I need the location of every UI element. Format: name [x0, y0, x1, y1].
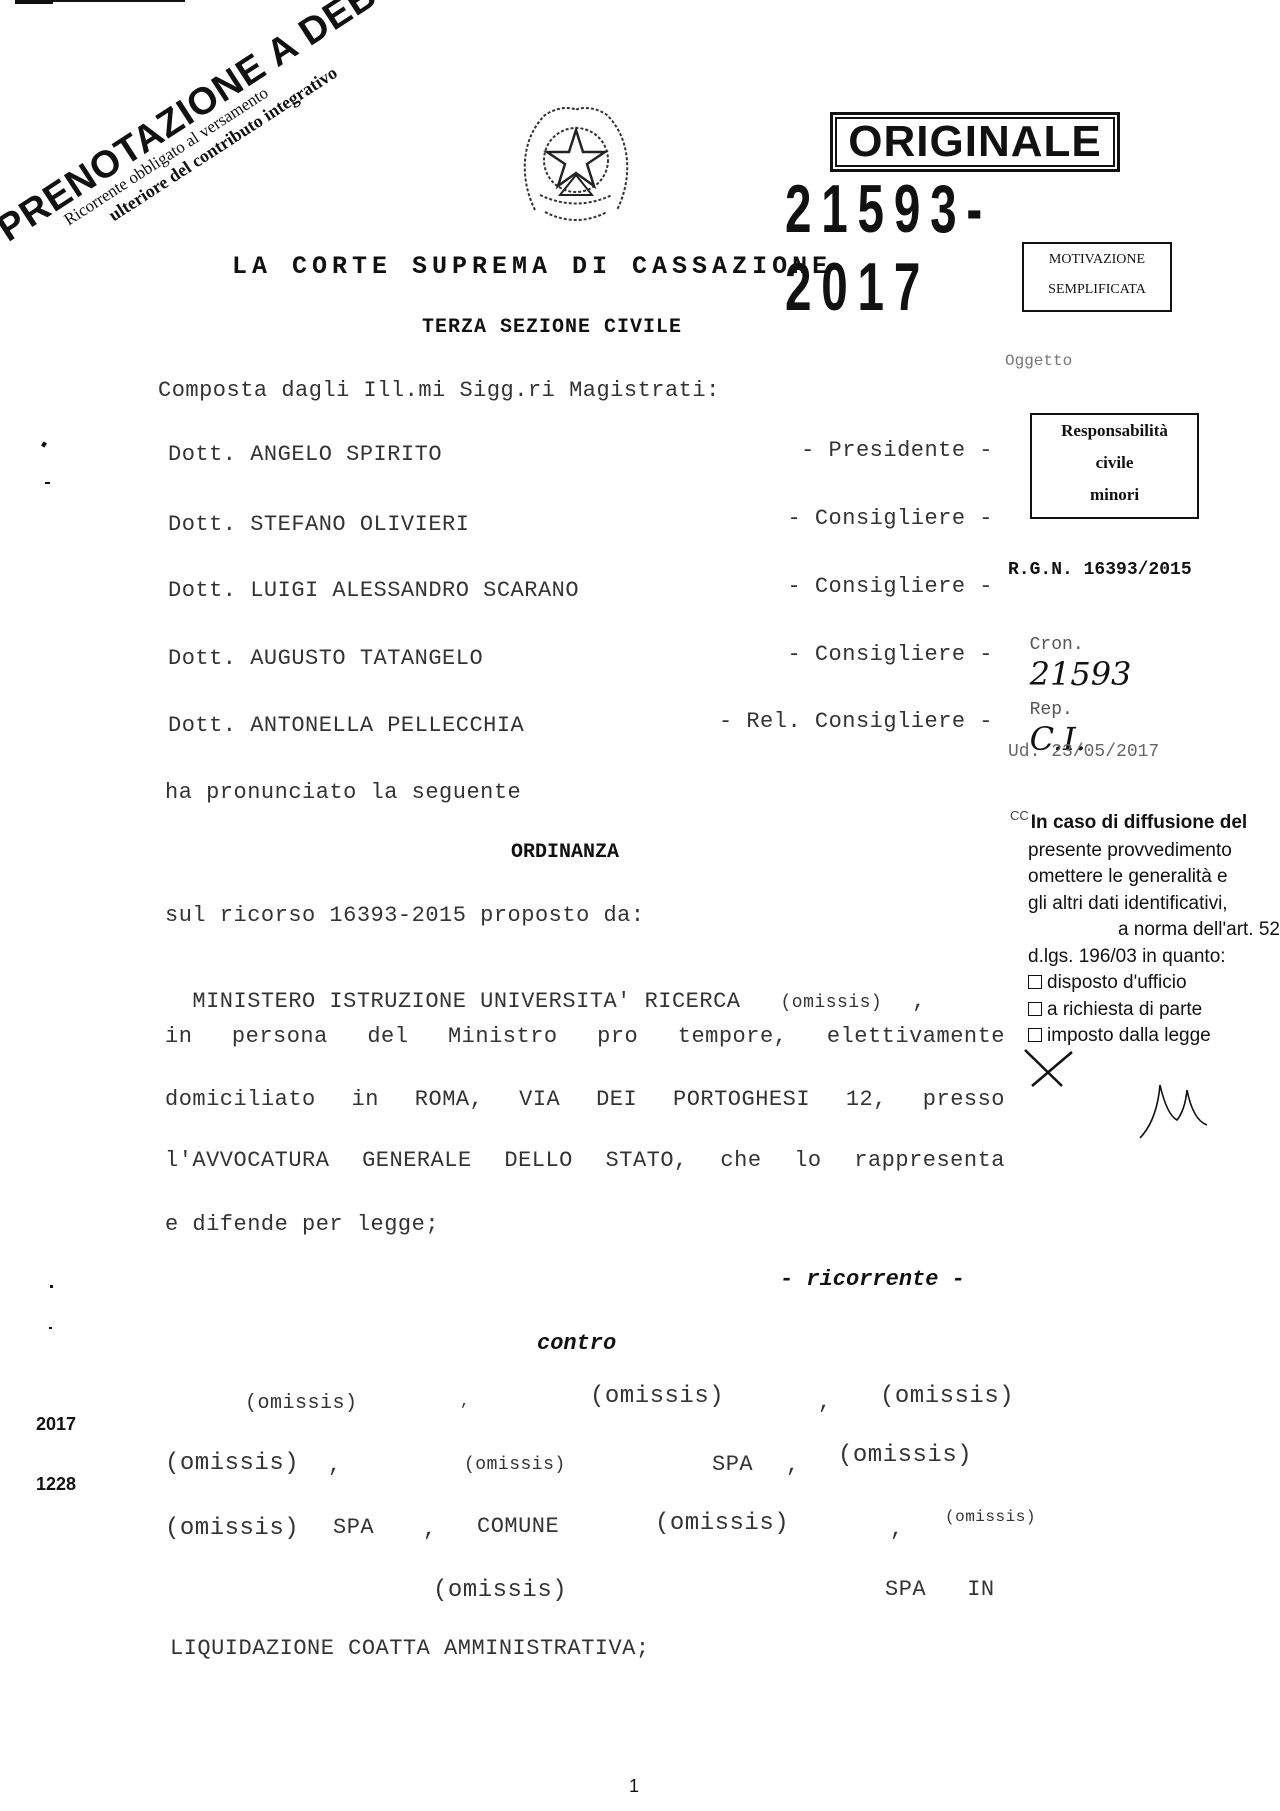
judge-role-2: - Consigliere - — [787, 506, 993, 531]
final-line: LIQUIDAZIONE COATTA AMMINISTRATIVA; — [170, 1636, 650, 1661]
omissis-9: (omissis) — [945, 1508, 1036, 1526]
omissis-10: (omissis) — [433, 1577, 567, 1604]
privacy-sup: CC — [1010, 808, 1029, 823]
margin-year: 2017 — [36, 1414, 76, 1435]
rep-label: Rep. — [1030, 700, 1073, 720]
contro-label: contro — [537, 1331, 616, 1356]
judge-name-3: Dott. LUIGI ALESSANDRO SCARANO — [168, 578, 579, 603]
pronounced-text: ha pronunciato la seguente — [165, 780, 521, 805]
comma: , — [890, 1517, 904, 1542]
judge-name-1: Dott. ANGELO SPIRITO — [168, 442, 442, 467]
comma: , — [912, 989, 926, 1014]
section-title: TERZA SEZIONE CIVILE — [422, 316, 682, 339]
oggetto-label: Oggetto — [1005, 352, 1072, 370]
privacy-text-1: In caso di diffusione del — [1031, 812, 1247, 833]
rgn-number: R.G.N. 16393/2015 — [1008, 560, 1192, 580]
checked-checkbox-icon[interactable] — [1028, 1028, 1042, 1042]
omissis-8: (omissis) — [655, 1510, 789, 1537]
hearing-date: Ud. 23/05/2017 — [1008, 742, 1159, 762]
option-label: a richiesta di parte — [1047, 999, 1202, 1020]
omissis-3: (omissis) — [880, 1383, 1014, 1410]
margin-number: 1228 — [36, 1474, 76, 1495]
spa-in-label: SPA IN — [885, 1577, 995, 1602]
scan-speck — [50, 1285, 53, 1288]
judge-role-4: - Consigliere - — [787, 642, 993, 667]
privacy-line-3: omettere le generalità e — [1010, 864, 1280, 891]
privacy-line-5: a norma dell'art. 52 — [1010, 917, 1280, 944]
body-line-1: sul ricorso 16393-2015 proposto da: — [165, 903, 645, 928]
omissis-5: (omissis) — [464, 1455, 566, 1475]
body-line-3: in persona del Ministro pro tempore, ele… — [165, 1024, 1005, 1049]
spa-label: SPA — [712, 1452, 753, 1477]
subject-box: Responsabilità civile minori — [1030, 413, 1199, 519]
page-number: 1 — [629, 1776, 639, 1797]
omissis-2: (omissis) — [590, 1383, 724, 1410]
privacy-line-4: gli altri dati identificativi, — [1010, 891, 1280, 918]
scan-speck — [45, 482, 50, 484]
italian-republic-emblem-icon — [515, 100, 637, 230]
judge-name-4: Dott. AUGUSTO TATANGELO — [168, 646, 483, 671]
document-type: ORDINANZA — [511, 841, 619, 864]
body-line-6: e difende per legge; — [165, 1212, 439, 1237]
motiv-line-1: MOTIVAZIONE — [1024, 244, 1170, 276]
handwritten-x-mark-icon — [1022, 1048, 1074, 1088]
comma: , — [328, 1453, 342, 1478]
handwritten-initials-icon — [1135, 1080, 1215, 1140]
scan-speck — [49, 1327, 52, 1329]
comma: , — [423, 1517, 437, 1542]
omissis-7: (omissis) — [165, 1515, 299, 1542]
cron-label: Cron. — [1030, 635, 1084, 655]
omissis-1: (omissis) — [245, 1392, 358, 1415]
motiv-line-2: SEMPLIFICATA — [1024, 276, 1170, 304]
privacy-line-1: CCIn caso di diffusione del — [1010, 810, 1280, 838]
option-label: disposto d'ufficio — [1047, 972, 1187, 993]
judge-role-1: - Presidente - — [801, 438, 993, 463]
ministry-name: MINISTERO ISTRUZIONE UNIVERSITA' RICERCA — [192, 989, 740, 1014]
privacy-line-2: presente provvedimento — [1010, 838, 1280, 865]
body-line-5: l'AVVOCATURA GENERALE DELLO STATO, che l… — [165, 1148, 1005, 1173]
judge-role-5: - Rel. Consigliere - — [719, 709, 993, 734]
ricorrente-label: - ricorrente - — [780, 1267, 965, 1292]
comune-label: COMUNE — [477, 1514, 559, 1539]
privacy-option-parte[interactable]: a richiesta di parte — [1010, 997, 1280, 1024]
scan-speck — [41, 441, 47, 447]
top-rule-thick — [15, 0, 53, 4]
checkbox-icon[interactable] — [1028, 975, 1042, 989]
body-line-2: MINISTERO ISTRUZIONE UNIVERSITA' RICERCA… — [165, 964, 926, 1014]
body-line-4: domiciliato in ROMA, VIA DEI PORTOGHESI … — [165, 1087, 1005, 1112]
prenotazione-stamp: PRENOTAZIONE A DEBITO Ricorrente obbliga… — [0, 0, 459, 280]
subject-line-2: civile — [1032, 447, 1197, 479]
privacy-option-ufficio[interactable]: disposto d'ufficio — [1010, 970, 1280, 997]
motivazione-semplificata-box: MOTIVAZIONE SEMPLIFICATA — [1022, 242, 1172, 312]
privacy-line-6: d.lgs. 196/03 in quanto: — [1010, 944, 1280, 971]
omissis-6: (omissis) — [838, 1442, 972, 1469]
comma: , — [786, 1453, 800, 1478]
privacy-option-legge[interactable]: imposto dalla legge — [1010, 1023, 1280, 1050]
privacy-notice: CCIn caso di diffusione del presente pro… — [1010, 810, 1280, 1050]
panel-intro: Composta dagli Ill.mi Sigg.ri Magistrati… — [158, 378, 720, 403]
judge-name-5: Dott. ANTONELLA PELLECCHIA — [168, 713, 524, 738]
comma: , — [818, 1390, 832, 1415]
spa-label: SPA — [333, 1515, 374, 1540]
comma: , — [460, 1392, 470, 1410]
option-label: imposto dalla legge — [1047, 1025, 1211, 1046]
subject-line-1: Responsabilità — [1032, 415, 1197, 447]
omissis-4: (omissis) — [165, 1450, 299, 1477]
subject-line-3: minori — [1032, 479, 1197, 511]
judge-role-3: - Consigliere - — [787, 574, 993, 599]
originale-stamp: ORIGINALE — [830, 112, 1120, 172]
court-title: LA CORTE SUPREMA DI CASSAZIONE — [232, 252, 832, 281]
judge-name-2: Dott. STEFANO OLIVIERI — [168, 512, 469, 537]
checkbox-icon[interactable] — [1028, 1002, 1042, 1016]
omissis: (omissis) — [781, 993, 883, 1013]
